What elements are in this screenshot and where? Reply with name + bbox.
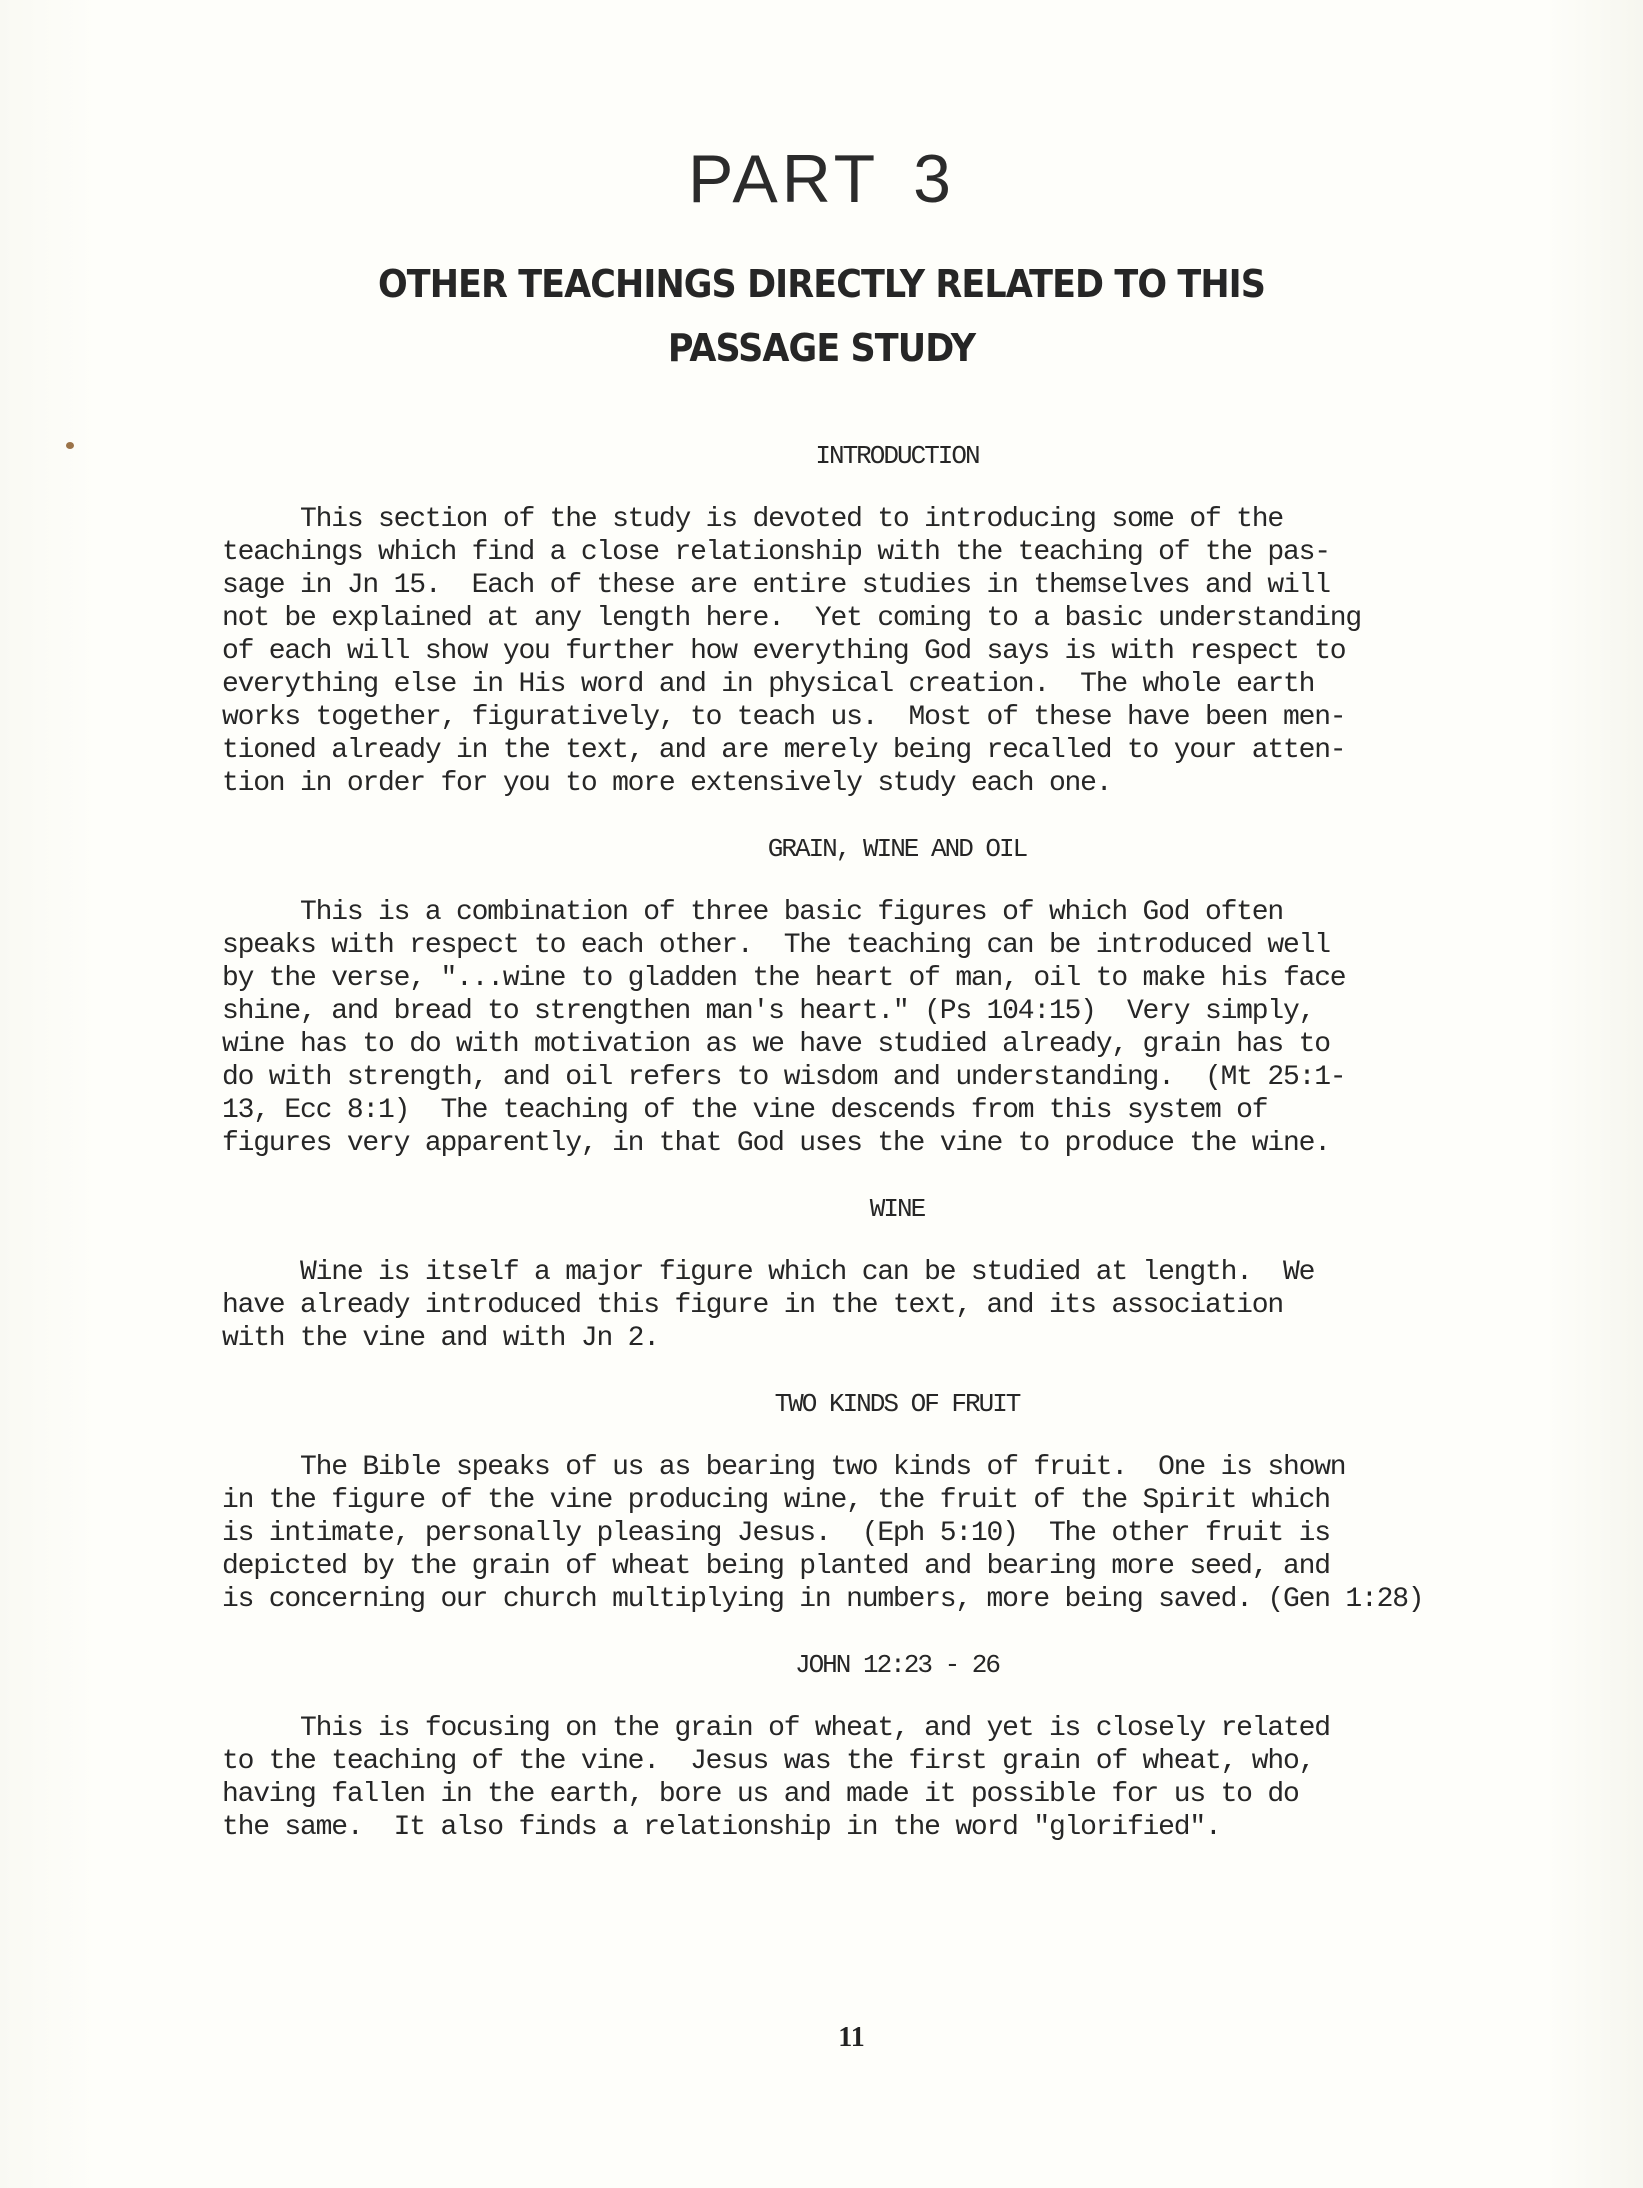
part-number: 3: [913, 141, 955, 217]
paragraph-line: This is focusing on the grain of wheat, …: [222, 1712, 1522, 1745]
section-heading: JOHN 12:23 - 26: [222, 1649, 1522, 1682]
section-paragraph: This section of the study is devoted to …: [222, 503, 1522, 800]
paragraph-line: the same. It also finds a relationship i…: [222, 1811, 1522, 1844]
paragraph-line: not be explained at any length here. Yet…: [222, 602, 1522, 635]
paragraph-line: do with strength, and oil refers to wisd…: [222, 1061, 1522, 1094]
document-page: PART3 OTHER TEACHINGS DIRECTLY RELATED T…: [0, 0, 1643, 2188]
paragraph-line: tioned already in the text, and are mere…: [222, 734, 1522, 767]
paragraph-line: This is a combination of three basic fig…: [222, 896, 1522, 929]
paragraph-line: teachings which find a close relationshi…: [222, 536, 1522, 569]
paragraph-line: with the vine and with Jn 2.: [222, 1322, 1522, 1355]
paper-speck: [66, 442, 74, 449]
section-paragraph: Wine is itself a major figure which can …: [222, 1256, 1522, 1355]
part-title: PART3: [0, 140, 1643, 218]
paragraph-line: having fallen in the earth, bore us and …: [222, 1778, 1522, 1811]
paragraph-line: The Bible speaks of us as bearing two ki…: [222, 1451, 1522, 1484]
paragraph-line: tion in order for you to more extensivel…: [222, 767, 1522, 800]
paragraph-line: 13, Ecc 8:1) The teaching of the vine de…: [222, 1094, 1522, 1127]
paragraph-line: works together, figuratively, to teach u…: [222, 701, 1522, 734]
subtitle-line: PASSAGE STUDY: [66, 316, 1578, 380]
paragraph-line: speaks with respect to each other. The t…: [222, 929, 1522, 962]
section-heading: INTRODUCTION: [222, 440, 1522, 473]
section-paragraph: This is a combination of three basic fig…: [222, 896, 1522, 1160]
paragraph-line: sage in Jn 15. Each of these are entire …: [222, 569, 1522, 602]
section-heading: GRAIN, WINE AND OIL: [222, 833, 1522, 866]
paragraph-line: is concerning our church multiplying in …: [222, 1583, 1522, 1616]
paragraph-line: in the figure of the vine producing wine…: [222, 1484, 1522, 1517]
paragraph-line: figures very apparently, in that God use…: [222, 1127, 1522, 1160]
paragraph-line: to the teaching of the vine. Jesus was t…: [222, 1745, 1522, 1778]
subtitle-line: OTHER TEACHINGS DIRECTLY RELATED TO THIS: [66, 252, 1578, 316]
paragraph-line: everything else in His word and in physi…: [222, 668, 1522, 701]
part-subtitle: OTHER TEACHINGS DIRECTLY RELATED TO THIS…: [66, 252, 1578, 380]
part-label: PART: [688, 141, 879, 217]
paragraph-line: shine, and bread to strengthen man's hea…: [222, 995, 1522, 1028]
paragraph-line: depicted by the grain of wheat being pla…: [222, 1550, 1522, 1583]
section-paragraph: This is focusing on the grain of wheat, …: [222, 1712, 1522, 1844]
page-number: 11: [0, 2022, 1643, 2054]
section-heading: WINE: [222, 1193, 1522, 1226]
paragraph-line: by the verse, "...wine to gladden the he…: [222, 962, 1522, 995]
section-heading: TWO KINDS OF FRUIT: [222, 1388, 1522, 1421]
section-paragraph: The Bible speaks of us as bearing two ki…: [222, 1451, 1522, 1616]
paragraph-line: is intimate, personally pleasing Jesus. …: [222, 1517, 1522, 1550]
paragraph-line: of each will show you further how everyt…: [222, 635, 1522, 668]
paragraph-line: Wine is itself a major figure which can …: [222, 1256, 1522, 1289]
paragraph-line: have already introduced this figure in t…: [222, 1289, 1522, 1322]
paragraph-line: This section of the study is devoted to …: [222, 503, 1522, 536]
paragraph-line: wine has to do with motivation as we hav…: [222, 1028, 1522, 1061]
document-body: INTRODUCTION This section of the study i…: [222, 440, 1522, 1877]
